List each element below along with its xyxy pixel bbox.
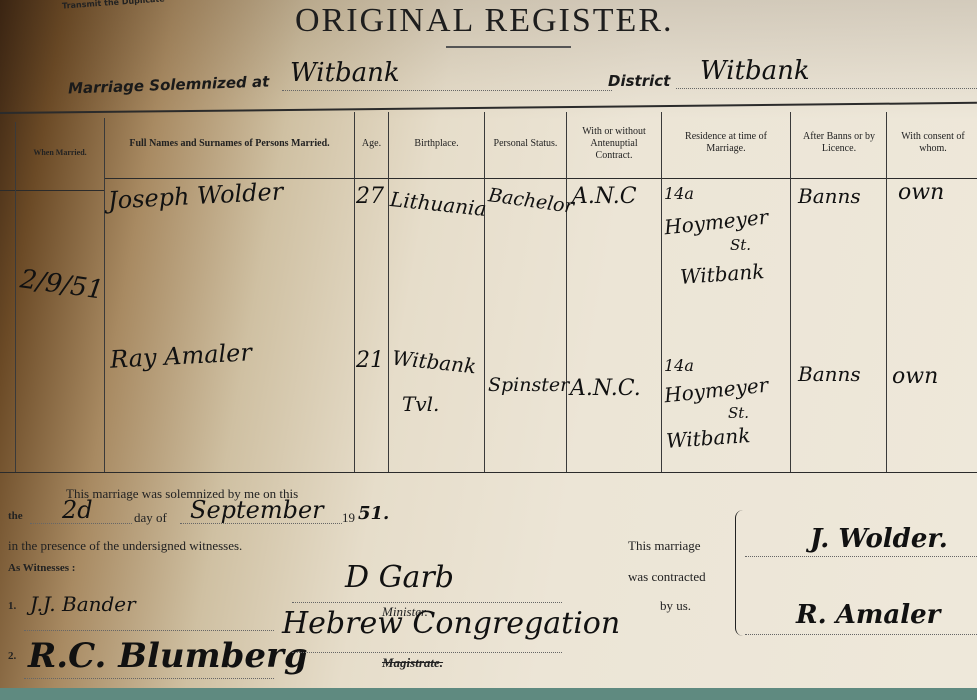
witness-1-signature: J.J. Bander (30, 592, 136, 616)
solemnized-at-line (282, 90, 612, 91)
page-title: ORIGINAL REGISTER. (295, 2, 674, 40)
column-divider (790, 112, 791, 472)
groom-signature-line (745, 556, 977, 557)
bride-residence-st: St. (728, 404, 749, 422)
year-prefix: 19 (342, 510, 355, 526)
groom-residence-st: St. (730, 236, 751, 254)
groom-contract: A.N.C (572, 184, 637, 209)
header-banns-licence: After Banns or by Licence. (796, 131, 882, 155)
witness-2-signature: R.C. Blumberg (28, 636, 308, 676)
day-value: 2d (62, 496, 93, 524)
header-birthplace: Birthplace. (389, 138, 484, 150)
header-consent: With consent of whom. (889, 131, 977, 155)
brace-bracket (735, 510, 745, 636)
solemnized-at-value: Witbank (290, 58, 400, 88)
table-bottom-border (0, 472, 977, 473)
month-value: September (190, 496, 324, 524)
district-line (676, 88, 977, 89)
minister-line (292, 602, 562, 603)
column-divider (484, 112, 485, 472)
bride-contract: A.N.C. (570, 376, 641, 401)
column-divider (388, 112, 389, 472)
column-divider (354, 112, 355, 472)
bride-status: Spinster (488, 374, 569, 396)
column-divider (566, 112, 567, 472)
contracted-line1: This marriage (628, 538, 701, 554)
header-residence: Residence at time of Marriage. (667, 131, 785, 155)
bride-age: 21 (356, 348, 384, 373)
header-when-married: When Married. (16, 148, 104, 158)
minister-signature: D Garb (345, 560, 454, 595)
witness-2-line (24, 678, 274, 679)
header-age: Age. (355, 138, 388, 150)
presence-statement: in the presence of the undersigned witne… (8, 538, 242, 554)
the-label: the (8, 510, 23, 522)
bride-signature-line (745, 634, 977, 635)
bride-birthplace-province: Tvl. (402, 392, 439, 416)
groom-residence-number: 14a (664, 184, 694, 203)
magistrate-line (292, 652, 562, 653)
column-divider (886, 112, 887, 472)
witness-1-number: 1. (8, 600, 16, 612)
groom-banns: Banns (798, 184, 861, 208)
contracted-line2: was contracted (628, 569, 706, 585)
witnesses-label: As Witnesses : (8, 562, 75, 574)
column-divider (15, 122, 16, 472)
background-surface (0, 688, 977, 700)
header-full-names: Full Names and Surnames of Persons Marri… (105, 138, 354, 150)
year-value: 51. (358, 503, 389, 524)
groom-consent: own (898, 180, 944, 205)
congregation-value: Hebrew Congregation (282, 606, 620, 641)
contracted-line3: by us. (660, 598, 691, 614)
groom-age: 27 (356, 184, 384, 209)
column-divider (661, 112, 662, 472)
column-divider (104, 118, 105, 472)
district-label: District (608, 72, 670, 90)
bride-consent: own (892, 364, 938, 389)
header-antenuptial-contract: With or without Antenuptial Contract. (572, 126, 656, 162)
bride-banns: Banns (798, 362, 861, 386)
magistrate-label: Magistrate. (382, 655, 443, 671)
bride-signature: R. Amaler (796, 600, 940, 630)
witness-1-line (24, 630, 274, 631)
title-underline (446, 46, 571, 48)
groom-signature: J. Wolder. (810, 524, 948, 554)
witness-2-number: 2. (8, 650, 16, 662)
header-personal-status: Personal Status. (485, 138, 566, 150)
district-value: Witbank (700, 56, 810, 86)
day-of-label: day of (134, 510, 167, 526)
bride-residence-number: 14a (664, 356, 694, 375)
